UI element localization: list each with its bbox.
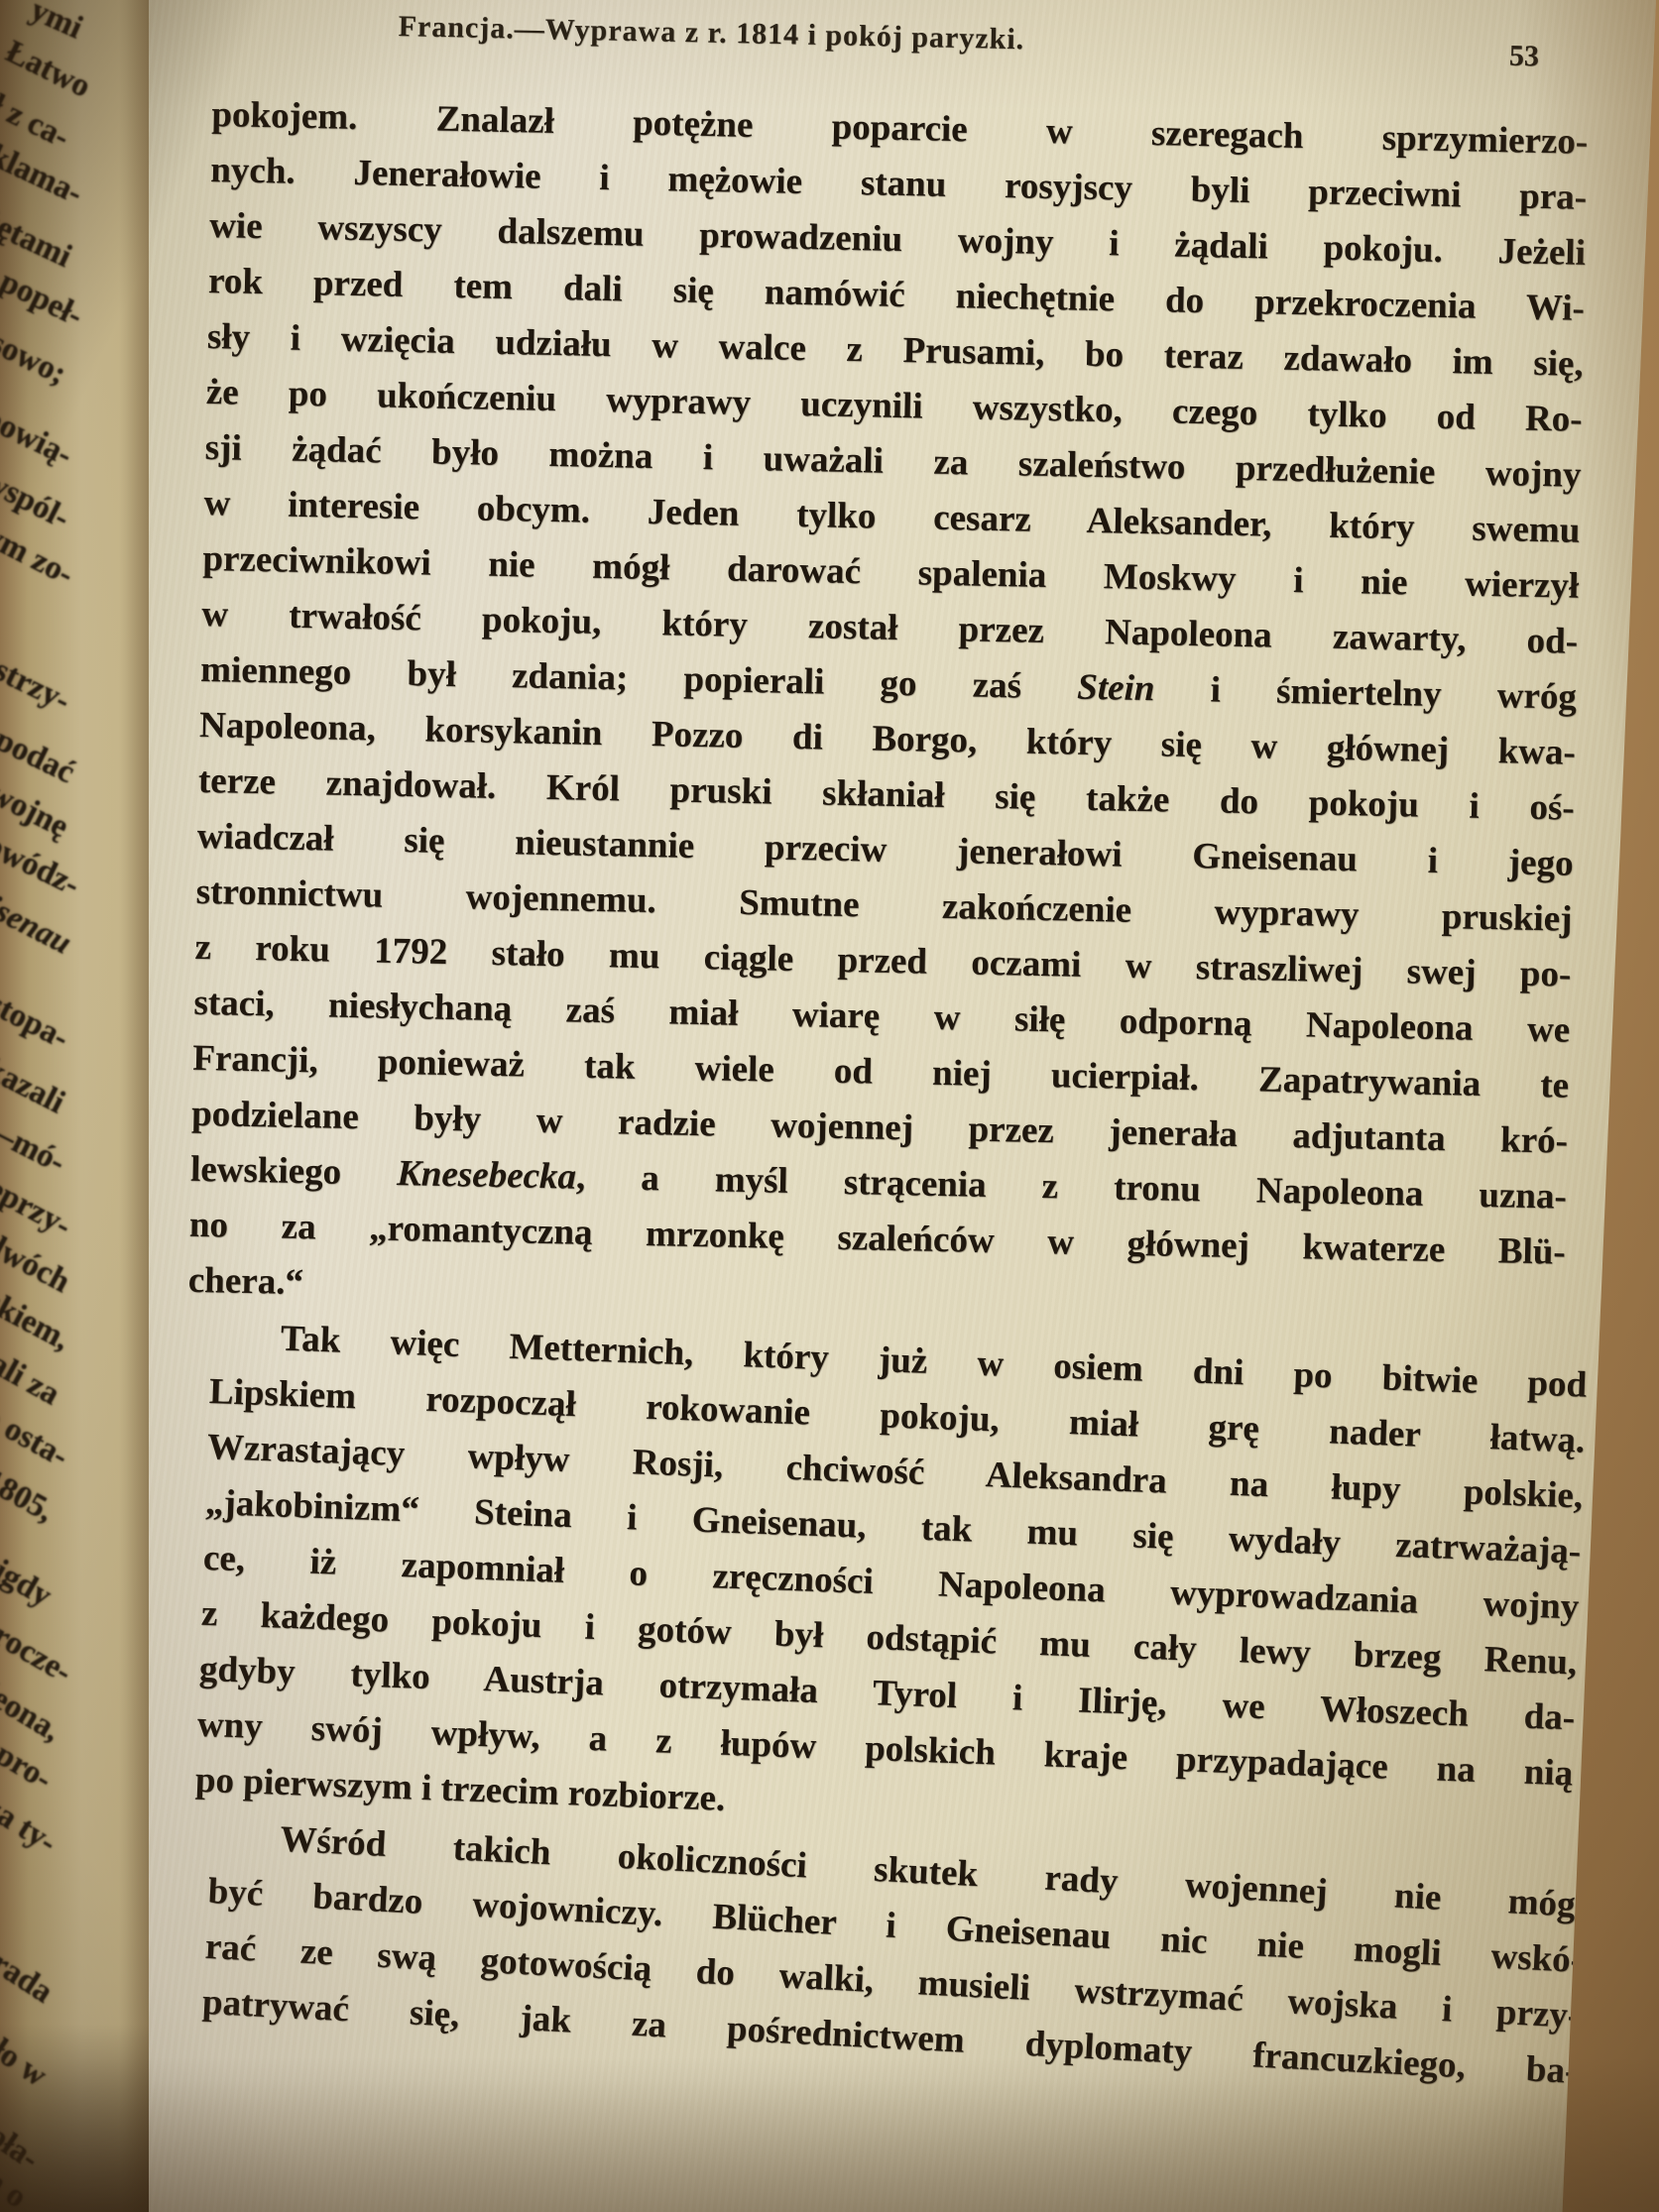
- text-segment: lewskiego: [190, 1149, 398, 1194]
- text-segment: i śmiertelny wróg: [1154, 668, 1577, 718]
- paragraph: Tak więc Metternich, który już w osiem d…: [194, 1309, 1588, 1857]
- spine-text-fragment: wi podać: [0, 704, 80, 791]
- book-photo: ymiŁatwoził z ca-oklama-ążętamipopeł-zas…: [0, 0, 1659, 2212]
- book-page: Francja.—Wyprawa z r. 1814 i pokój paryz…: [149, 0, 1659, 2212]
- running-header: Francja.—Wyprawa z r. 1814 i pokój paryz…: [398, 10, 954, 56]
- text-segment: chera.“: [187, 1260, 303, 1303]
- text-segment-italic: Stein: [1077, 667, 1155, 710]
- text-segment: miennego był zdania; popierali go zaś: [200, 649, 1078, 708]
- spine-text-fragment: Było w: [0, 2011, 54, 2095]
- spine-text-fragment: ę nigdy: [0, 1533, 58, 1615]
- spine-text-fragment: popeł-: [0, 264, 88, 335]
- paragraph: pokojem. Znalazł potężne poparcie w szer…: [187, 87, 1588, 1337]
- text-segment: po pierwszym i trzecim rozbiorze.: [194, 1760, 726, 1819]
- spine-text-fragment: den o: [0, 2144, 33, 2212]
- spine-text-fragment: ka rada: [0, 1921, 59, 2011]
- spine-text-fragment: listopa-: [0, 978, 74, 1057]
- paragraph: Wśród takich okoliczności skutek rady wo…: [201, 1808, 1588, 2100]
- spine-text-fragment: ch pła-: [0, 2094, 46, 2178]
- page-number: 53: [1509, 40, 1540, 74]
- page-text: pokojem. Znalazł potężne poparcie w szer…: [212, 87, 1589, 2031]
- spine-text-fragment: ymi: [25, 0, 88, 47]
- spine-text-fragment: obowią-: [0, 393, 78, 474]
- spine-text-fragment: ozstrzy-: [0, 639, 75, 720]
- text-segment-italic: Knesebecka: [397, 1153, 577, 1198]
